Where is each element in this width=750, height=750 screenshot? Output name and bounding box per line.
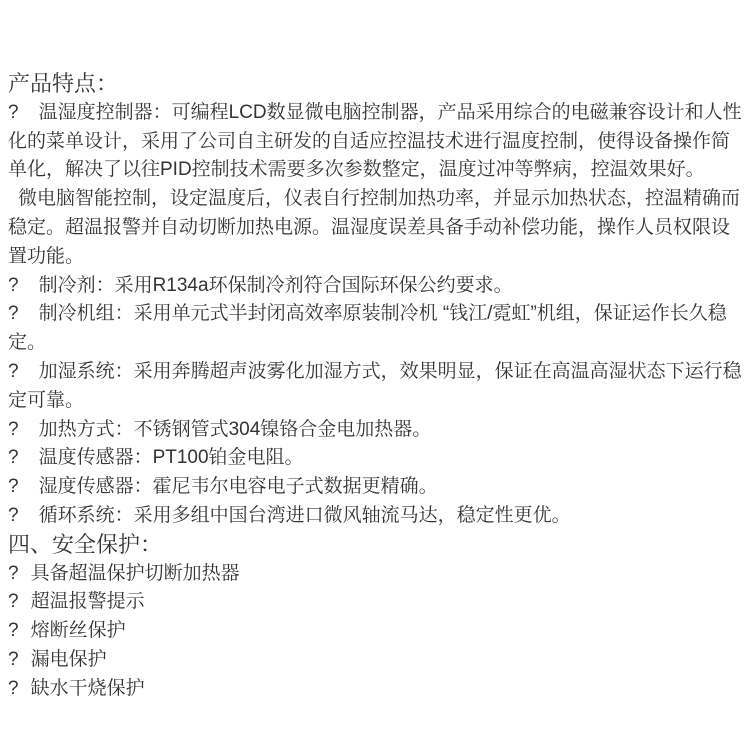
feature-text: 加热方式：不锈钢管式304镍铬合金电加热器。 [39, 419, 432, 440]
bullet-marker: ? [8, 620, 19, 641]
feature-item: ?温湿度控制器：可编程LCD数显微电脑控制器，产品采用综合的电磁兼容设计和人性化… [8, 99, 742, 185]
product-description-page: 产品特点： ?温湿度控制器：可编程LCD数显微电脑控制器，产品采用综合的电磁兼容… [0, 0, 750, 750]
safety-item: ?熔断丝保护 [8, 617, 742, 646]
feature-text: 循环系统：采用多组中国台湾进口微风轴流马达，稳定性更优。 [39, 505, 571, 526]
safety-item: ?漏电保护 [8, 646, 742, 675]
feature-item: ?循环系统：采用多组中国台湾进口微风轴流马达，稳定性更优。 [8, 502, 742, 531]
safety-item: ?超温报警提示 [8, 588, 742, 617]
feature-text: 加湿系统：采用奔腾超声波雾化加湿方式，效果明显，保证在高温高湿状态下运行稳定可靠… [8, 361, 742, 411]
feature-item: ?制冷机组：采用单元式半封闭高效率原装制冷机 “钱江/霓虹”机组，保证运作长久稳… [8, 300, 742, 358]
feature-text: 微电脑智能控制，设定温度后，仪表自行控制加热功率，并显示加热状态，控温精确而稳定… [8, 188, 740, 267]
feature-text: 温湿度控制器：可编程LCD数显微电脑控制器，产品采用综合的电磁兼容设计和人性化的… [8, 102, 742, 181]
bullet-marker: ? [8, 447, 19, 468]
bullet-marker: ? [8, 303, 19, 324]
feature-item: ?加热方式：不锈钢管式304镍铬合金电加热器。 [8, 416, 742, 445]
bullet-marker: ? [8, 102, 19, 123]
feature-item: ?制冷剂：采用R134a环保制冷剂符合国际环保公约要求。 [8, 272, 742, 301]
safety-text: 缺水干烧保护 [31, 678, 145, 699]
feature-text: 制冷剂：采用R134a环保制冷剂符合国际环保公约要求。 [39, 275, 513, 296]
bullet-marker: ? [8, 678, 19, 699]
bullet-marker: ? [8, 476, 19, 497]
bullet-marker: ? [8, 591, 19, 612]
bullet-marker: ? [8, 361, 19, 382]
feature-item-continuation: 微电脑智能控制，设定温度后，仪表自行控制加热功率，并显示加热状态，控温精确而稳定… [8, 185, 742, 271]
safety-item: ?缺水干烧保护 [8, 675, 742, 704]
safety-section-title: 四、安全保护： [8, 531, 742, 560]
feature-text: 湿度传感器：霍尼韦尔电容电子式数据更精确。 [39, 476, 438, 497]
safety-text: 具备超温保护切断加热器 [31, 563, 240, 584]
feature-text: 温度传感器：PT100铂金电阻。 [39, 447, 304, 468]
safety-text: 熔断丝保护 [31, 620, 126, 641]
feature-item: ?加湿系统：采用奔腾超声波雾化加湿方式，效果明显，保证在高温高湿状态下运行稳定可… [8, 358, 742, 416]
bullet-marker: ? [8, 419, 19, 440]
bullet-marker: ? [8, 275, 19, 296]
bullet-marker: ? [8, 649, 19, 670]
safety-text: 超温报警提示 [31, 591, 145, 612]
features-section-title: 产品特点： [8, 70, 742, 99]
feature-item: ?湿度传感器：霍尼韦尔电容电子式数据更精确。 [8, 473, 742, 502]
bullet-marker: ? [8, 505, 19, 526]
feature-item: ?温度传感器：PT100铂金电阻。 [8, 444, 742, 473]
safety-item: ?具备超温保护切断加热器 [8, 560, 742, 589]
feature-text: 制冷机组：采用单元式半封闭高效率原装制冷机 “钱江/霓虹”机组，保证运作长久稳定… [8, 303, 727, 353]
safety-text: 漏电保护 [31, 649, 107, 670]
bullet-marker: ? [8, 563, 19, 584]
